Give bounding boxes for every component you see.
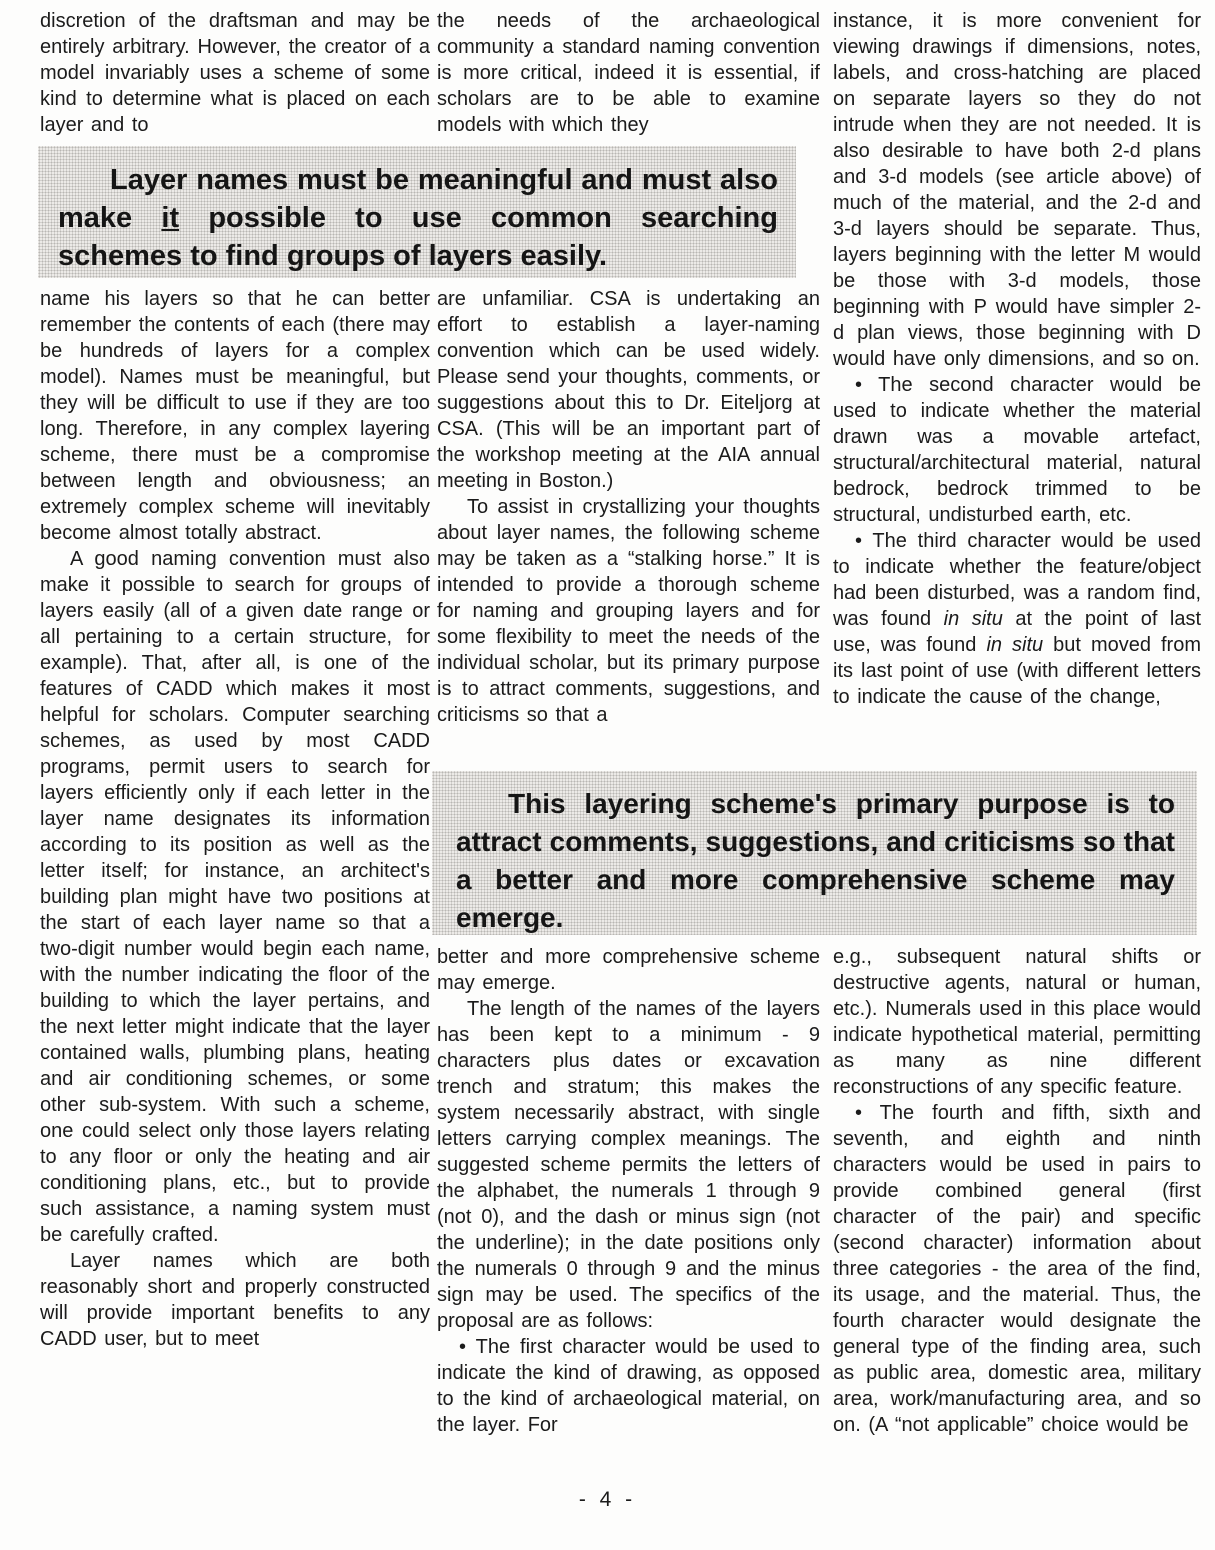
column-2-intro: the needs of the archaeological communit… <box>437 8 820 148</box>
pullquote-text: Layer names must be meaningful and must … <box>58 161 778 275</box>
column-3-lower: e.g., subsequent natural shifts or destr… <box>833 944 1201 1520</box>
column-1-body: name his layers so that he can better re… <box>40 286 430 1528</box>
body-paragraph: the needs of the archaeological communit… <box>437 8 820 138</box>
newsletter-page: discretion of the draftsman and may be e… <box>0 0 1215 1550</box>
column-3-upper: instance, it is more convenient for view… <box>833 8 1201 770</box>
pullquote-scheme-purpose: This layering scheme's primary purpose i… <box>432 771 1197 935</box>
body-paragraph: instance, it is more convenient for view… <box>833 8 1201 372</box>
body-paragraph: name his layers so that he can better re… <box>40 286 430 546</box>
bullet-paragraph-second-character: • The second character would be used to … <box>833 372 1201 528</box>
pullquote-layer-names: Layer names must be meaningful and must … <box>38 146 796 278</box>
italic-in-situ: in situ <box>986 634 1043 656</box>
body-paragraph: better and more comprehensive scheme may… <box>437 944 820 996</box>
bullet-paragraph-third-character: • The third character would be used to i… <box>833 528 1201 710</box>
column-2-lower: better and more comprehensive scheme may… <box>437 944 820 1520</box>
italic-in-situ: in situ <box>944 608 1003 630</box>
page-number: - 4 - <box>0 1488 1215 1512</box>
body-paragraph: e.g., subsequent natural shifts or destr… <box>833 944 1201 1100</box>
bullet-paragraph-first-character: • The first character would be used to i… <box>437 1334 820 1438</box>
pullquote-underlined-word: it <box>161 202 179 234</box>
body-paragraph: are unfamiliar. CSA is undertaking an ef… <box>437 286 820 494</box>
body-paragraph: The length of the names of the layers ha… <box>437 996 820 1334</box>
body-paragraph: A good naming convention must also make … <box>40 546 430 1248</box>
column-1-intro: discretion of the draftsman and may be e… <box>40 8 430 144</box>
column-2-body: are unfamiliar. CSA is undertaking an ef… <box>437 286 820 772</box>
bullet-paragraph-fourth-fifth-characters: • The fourth and fifth, sixth and sevent… <box>833 1100 1201 1438</box>
body-paragraph: discretion of the draftsman and may be e… <box>40 8 430 138</box>
pullquote-text: This layering scheme's primary purpose i… <box>456 785 1175 937</box>
body-paragraph: To assist in crystallizing your thoughts… <box>437 494 820 728</box>
body-paragraph: Layer names which are both reasonably sh… <box>40 1248 430 1352</box>
